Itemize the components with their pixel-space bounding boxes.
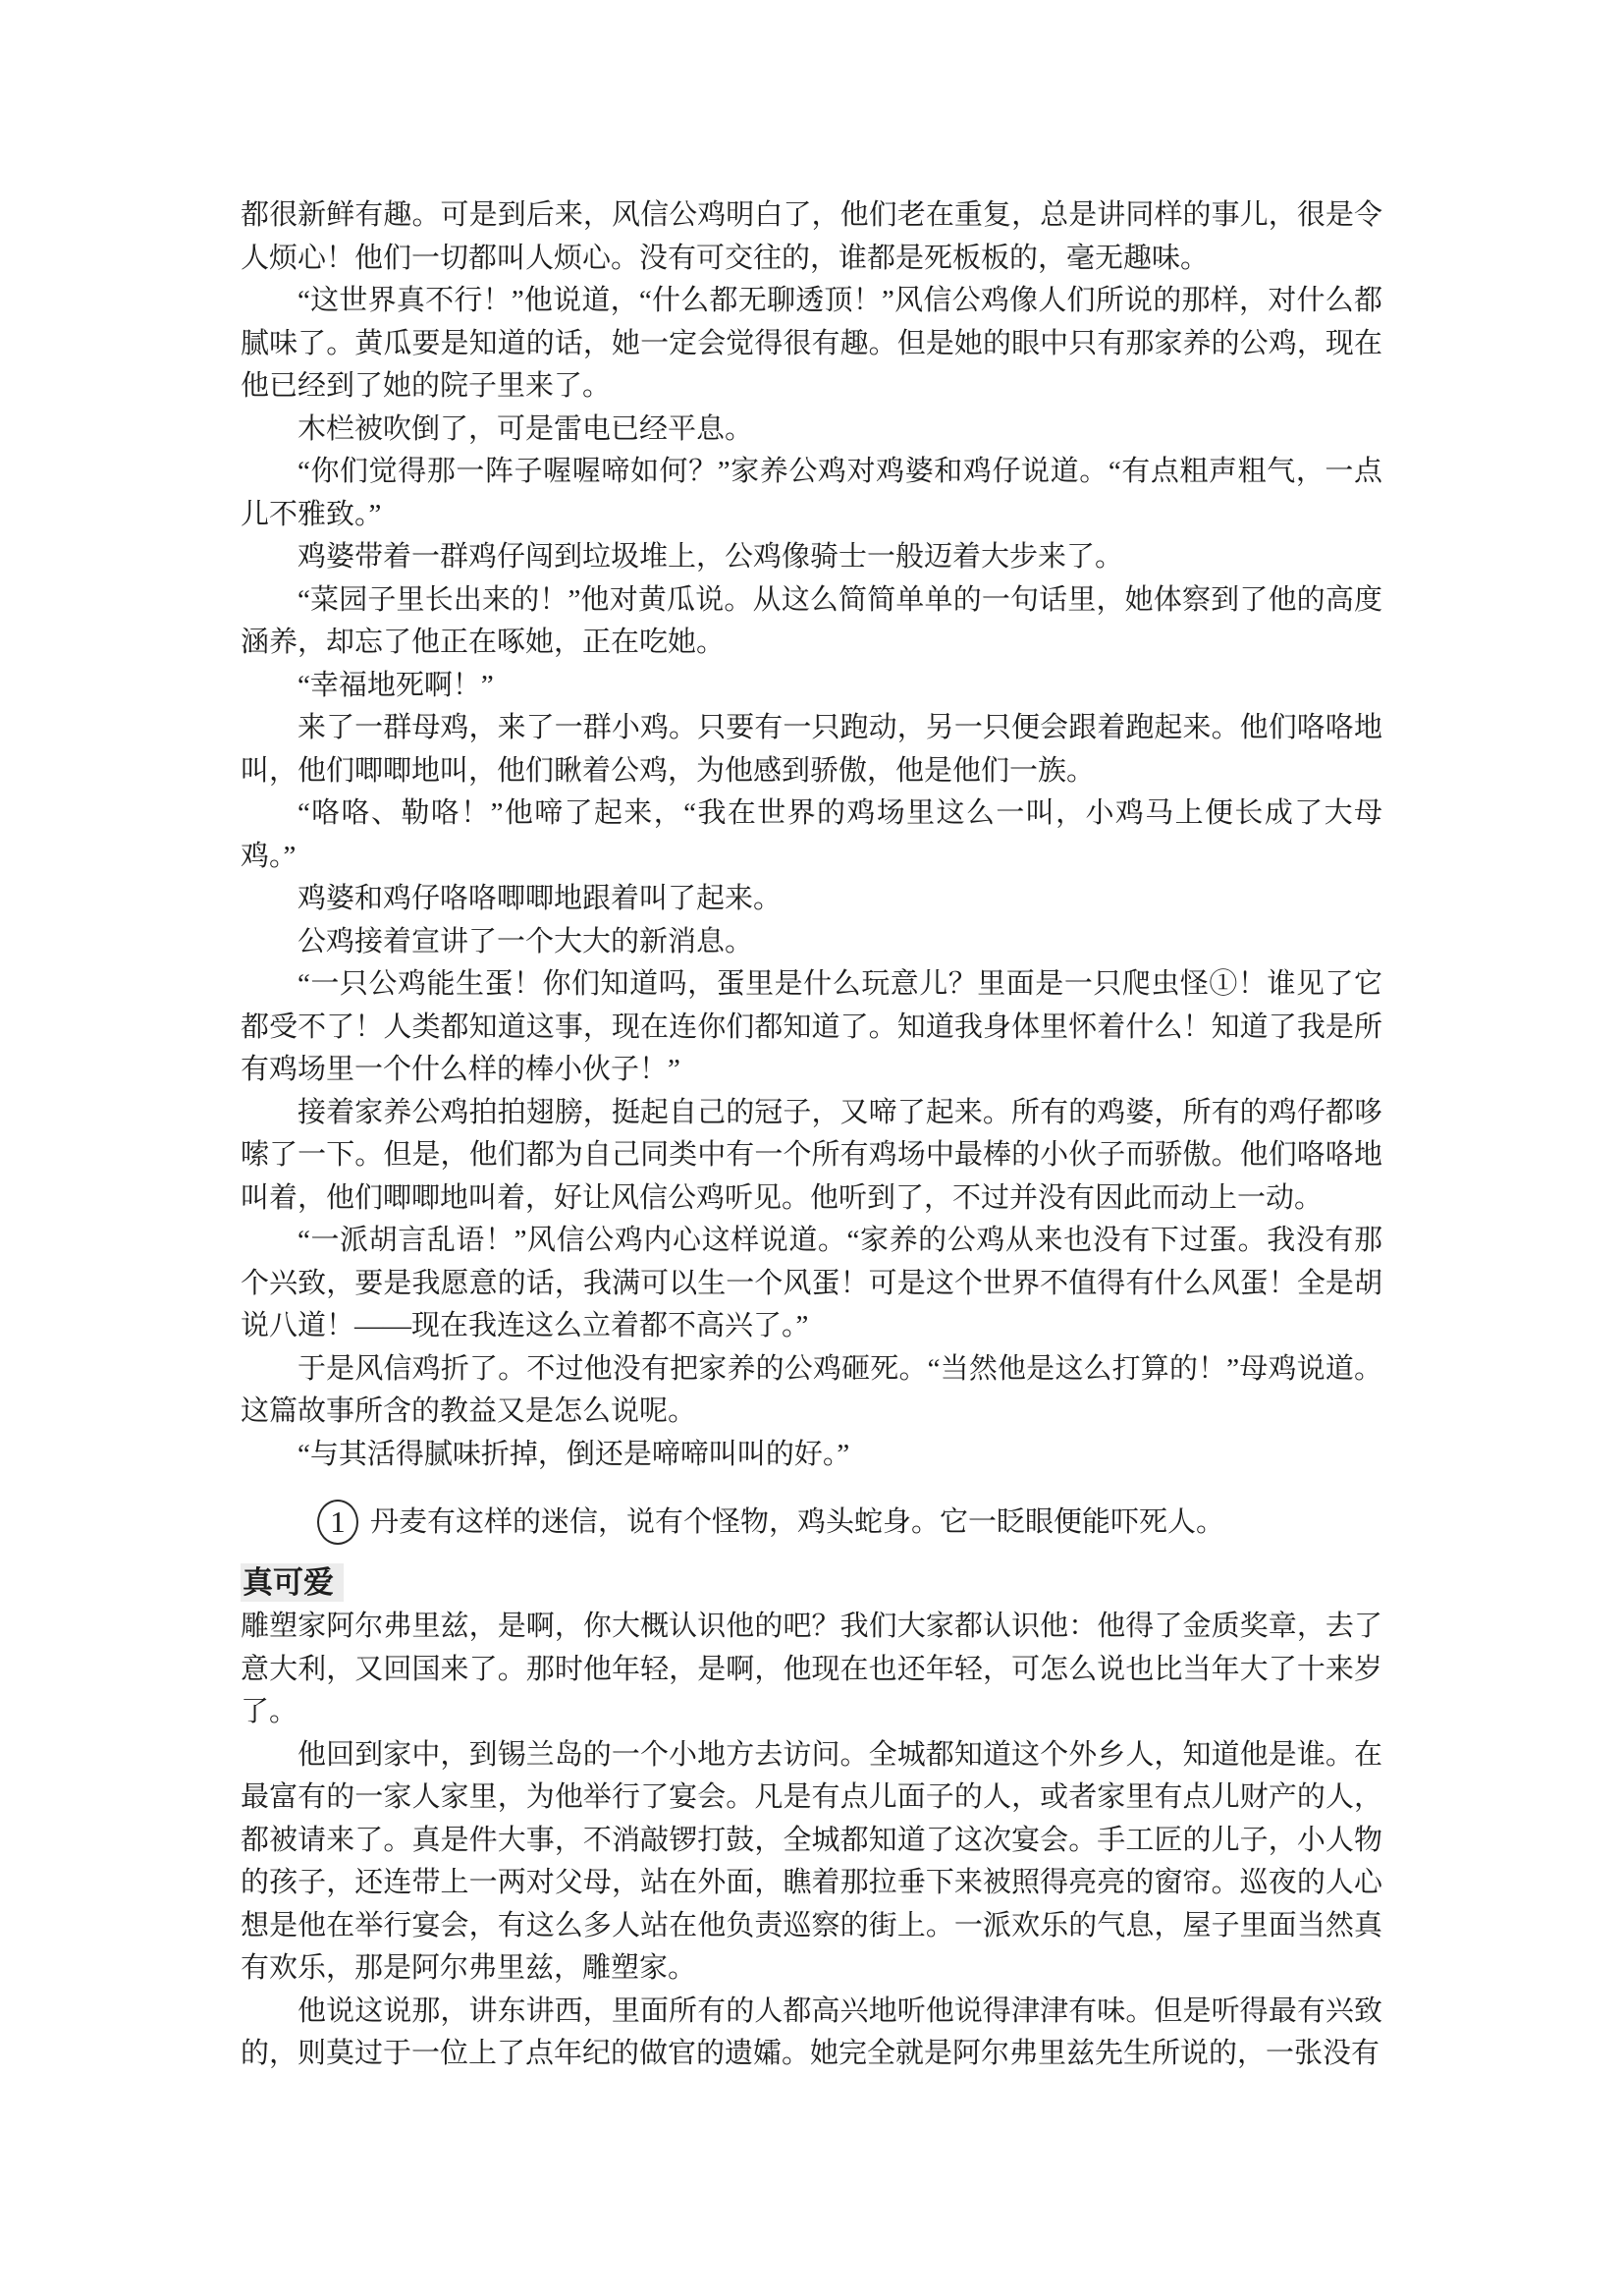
section-title-text: 真可爱 xyxy=(241,1563,344,1602)
section-title: 真可爱 xyxy=(241,1560,1382,1606)
paragraph: 都很新鲜有趣。可是到后来，风信公鸡明白了，他们老在重复，总是讲同样的事儿，很是令… xyxy=(241,194,1382,280)
paragraph: 于是风信鸡折了。不过他没有把家养的公鸡砸死。“当然他是这么打算的！”母鸡说道。这… xyxy=(241,1348,1382,1434)
paragraph: “你们觉得那一阵子喔喔啼如何？”家养公鸡对鸡婆和鸡仔说道。“有点粗声粗气，一点儿… xyxy=(241,451,1382,536)
story1-body: 都很新鲜有趣。可是到后来，风信公鸡明白了，他们老在重复，总是讲同样的事儿，很是令… xyxy=(241,194,1382,1476)
paragraph: “菜园子里长出来的！”他对黄瓜说。从这么简简单单的一句话里，她体察到了他的高度涵… xyxy=(241,579,1382,665)
paragraph: 接着家养公鸡拍拍翅膀，挺起自己的冠子，又啼了起来。所有的鸡婆，所有的鸡仔都哆嗦了… xyxy=(241,1092,1382,1221)
paragraph: 雕塑家阿尔弗里兹，是啊，你大概认识他的吧？我们大家都认识他：他得了金质奖章，去了… xyxy=(241,1606,1382,1734)
paragraph: 鸡婆和鸡仔咯咯唧唧地跟着叫了起来。 xyxy=(241,878,1382,921)
paragraph: 公鸡接着宣讲了一个大大的新消息。 xyxy=(241,921,1382,964)
paragraph: “这世界真不行！”他说道，“什么都无聊透顶！”风信公鸡像人们所说的那样，对什么都… xyxy=(241,280,1382,409)
footnote-number-icon: 1 xyxy=(317,1500,358,1545)
paragraph: 来了一群母鸡，来了一群小鸡。只要有一只跑动，另一只便会跟着跑起来。他们咯咯地叫，… xyxy=(241,707,1382,793)
paragraph: “咯咯、勒咯！”他啼了起来，“我在世界的鸡场里这么一叫，小鸡马上便长成了大母鸡。… xyxy=(241,793,1382,878)
document-page: 都很新鲜有趣。可是到后来，风信公鸡明白了，他们老在重复，总是讲同样的事儿，很是令… xyxy=(0,0,1623,2296)
paragraph: 鸡婆带着一群鸡仔闯到垃圾堆上，公鸡像骑士一般迈着大步来了。 xyxy=(241,536,1382,579)
story2-body: 雕塑家阿尔弗里兹，是啊，你大概认识他的吧？我们大家都认识他：他得了金质奖章，去了… xyxy=(241,1606,1382,2076)
page-content: 都很新鲜有趣。可是到后来，风信公鸡明白了，他们老在重复，总是讲同样的事儿，很是令… xyxy=(241,194,1382,2076)
paragraph: 木栏被吹倒了，可是雷电已经平息。 xyxy=(241,409,1382,452)
paragraph: “一只公鸡能生蛋！你们知道吗，蛋里是什么玩意儿？里面是一只爬虫怪①！谁见了它都受… xyxy=(241,963,1382,1092)
paragraph: 他说这说那，讲东讲西，里面所有的人都高兴地听他说得津津有味。但是听得最有兴致的，… xyxy=(241,1991,1382,2076)
paragraph: 他回到家中，到锡兰岛的一个小地方去访问。全城都知道这个外乡人，知道他是谁。在最富… xyxy=(241,1734,1382,1991)
paragraph: “幸福地死啊！” xyxy=(241,665,1382,708)
footnote: 1 丹麦有这样的迷信，说有个怪物，鸡头蛇身。它一眨眼便能吓死人。 xyxy=(241,1500,1382,1545)
paragraph: “一派胡言乱语！”风信公鸡内心这样说道。“家养的公鸡从来也没有下过蛋。我没有那个… xyxy=(241,1220,1382,1348)
paragraph: “与其活得腻味折掉，倒还是啼啼叫叫的好。” xyxy=(241,1434,1382,1477)
footnote-text: 丹麦有这样的迷信，说有个怪物，鸡头蛇身。它一眨眼便能吓死人。 xyxy=(370,1500,1224,1545)
